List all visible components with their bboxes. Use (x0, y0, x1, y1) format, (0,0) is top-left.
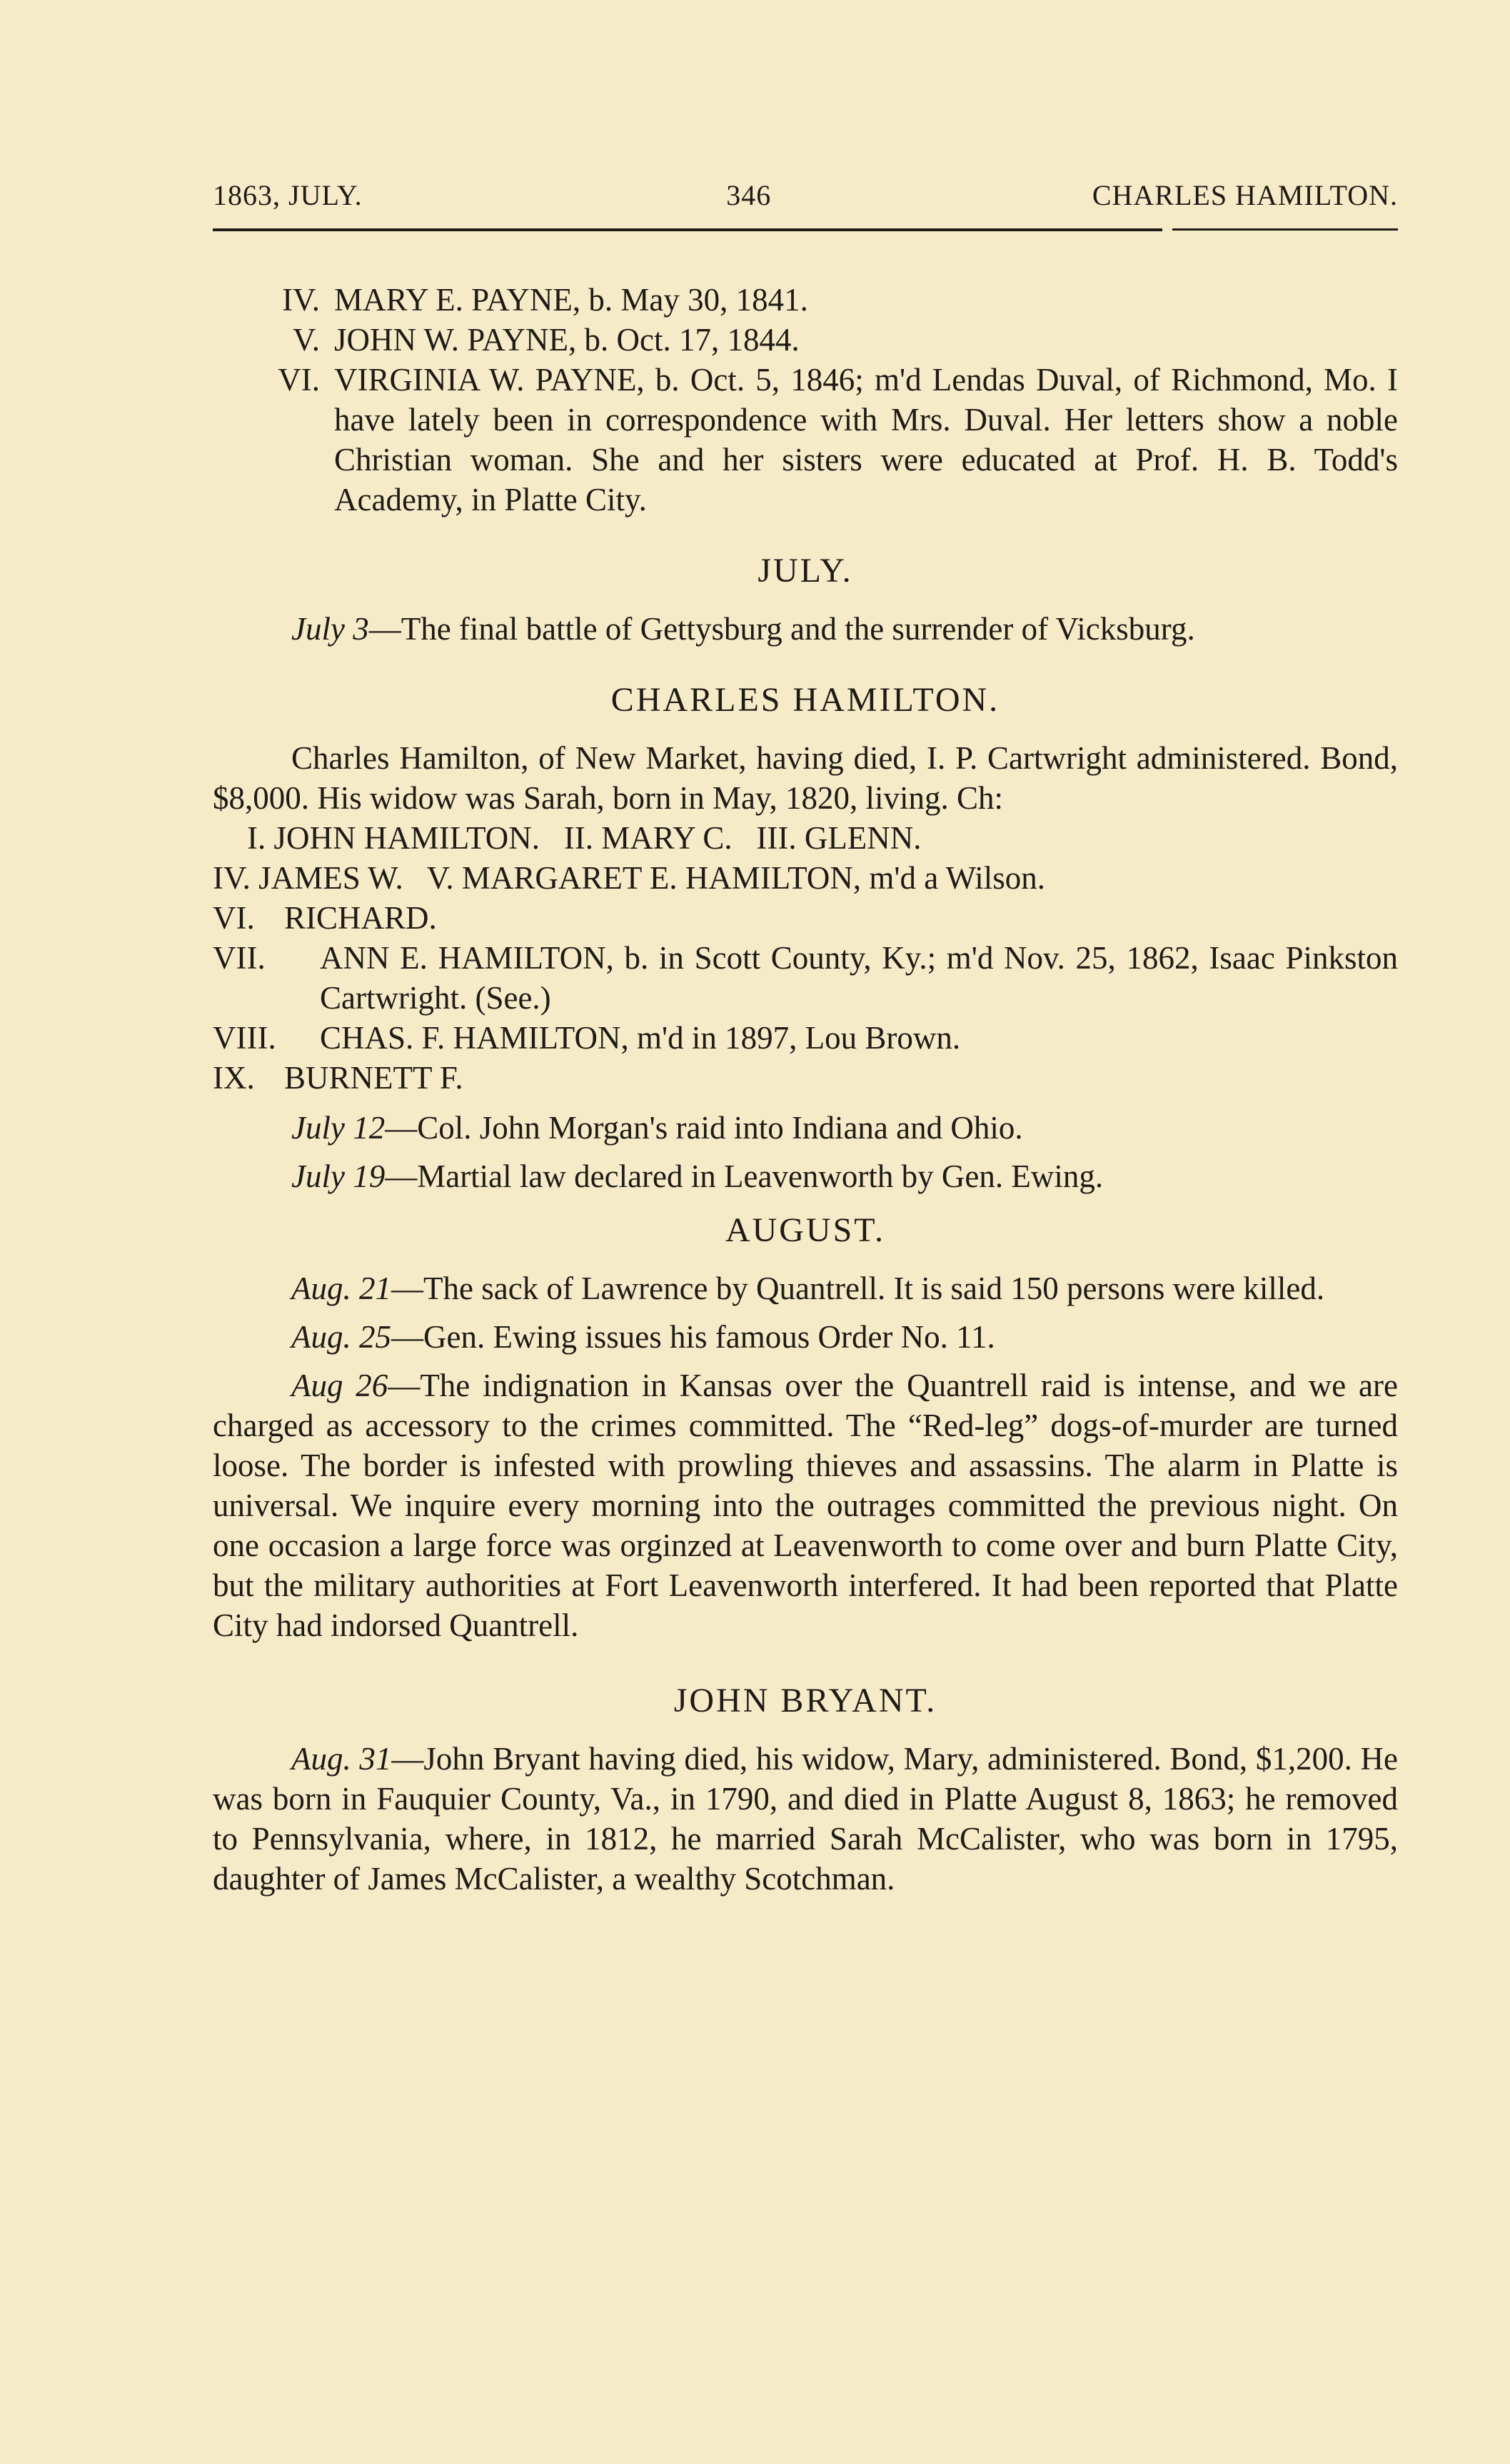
chronicle-entry: July 12—Col. John Morgan's raid into Ind… (213, 1108, 1398, 1148)
chronicle-entry: July 3—The final battle of Gettysburg an… (213, 609, 1398, 649)
children-line: I. JOHN HAMILTON. II. MARY C. III. GLENN… (213, 818, 1398, 858)
entry-text: BURNETT F. (284, 1060, 463, 1096)
roman-numeral: VI. (213, 360, 320, 400)
roman-numeral: VI. (213, 898, 255, 938)
roman-numeral: VIII. (213, 1018, 276, 1058)
entry-text: RICHARD. (284, 900, 437, 936)
list-item: V. JOHN W. PAYNE, b. Oct. 17, 1844. (213, 320, 1398, 360)
entry-text: VIRGINIA W. PAYNE, b. Oct. 5, 1846; m'd … (334, 362, 1398, 517)
estate-paragraph: Charles Hamilton, of New Market, having … (213, 738, 1398, 818)
book-page: 1863, JULY. 346 CHARLES HAMILTON. IV. MA… (213, 178, 1398, 1907)
running-head-date: 1863, JULY. (213, 178, 363, 212)
entry-date: July 12 (291, 1110, 385, 1146)
entry-date: Aug 26 (291, 1368, 388, 1403)
list-item: VIII. CHAS. F. HAMILTON, m'd in 1897, Lo… (213, 1018, 1398, 1058)
roman-numeral: VII. (213, 938, 266, 978)
entry-text: JOHN W. PAYNE, b. Oct. 17, 1844. (334, 322, 800, 358)
list-item: IV. MARY E. PAYNE, b. May 30, 1841. (213, 280, 1398, 320)
roman-numeral: IV. (213, 280, 320, 320)
section-heading-july: JULY. (213, 551, 1398, 590)
entry-text: —The final battle of Gettysburg and the … (369, 611, 1195, 647)
header-rule-long (213, 228, 1162, 233)
section-heading-john-bryant: JOHN BRYANT. (213, 1681, 1398, 1720)
chronicle-entry: Aug. 31—John Bryant having died, his wid… (213, 1739, 1398, 1899)
chronicle-entry: Aug. 25—Gen. Ewing issues his famous Ord… (213, 1317, 1398, 1357)
list-item: VI. RICHARD. (213, 898, 1398, 938)
entry-text: ANN E. HAMILTON, b. in Scott County, Ky.… (320, 940, 1398, 1016)
header-rule-short (1172, 228, 1398, 233)
chronicle-entry: Aug. 21—The sack of Lawrence by Quantrel… (213, 1268, 1398, 1308)
entry-text: —The sack of Lawrence by Quantrell. It i… (391, 1271, 1324, 1306)
entry-date: July 3 (291, 611, 369, 647)
section-heading-charles-hamilton: CHARLES HAMILTON. (213, 680, 1398, 719)
section-heading-august: AUGUST. (213, 1211, 1398, 1250)
payne-children-list: IV. MARY E. PAYNE, b. May 30, 1841. V. J… (213, 280, 1398, 520)
children-line: IV. JAMES W. V. MARGARET E. HAMILTON, m'… (213, 858, 1398, 898)
entry-text: —Col. John Morgan's raid into Indiana an… (385, 1110, 1022, 1146)
chronicle-entry: Aug 26—The indignation in Kansas over th… (213, 1365, 1398, 1645)
list-item: VII. ANN E. HAMILTON, b. in Scott County… (213, 938, 1398, 1018)
chronicle-entry: July 19—Martial law declared in Leavenwo… (213, 1156, 1398, 1196)
entry-text: —Martial law declared in Leavenworth by … (385, 1158, 1103, 1194)
running-head: 1863, JULY. 346 CHARLES HAMILTON. (213, 178, 1398, 221)
entry-date: Aug. 25 (291, 1319, 391, 1355)
entry-date: Aug. 31 (291, 1741, 391, 1777)
header-rule (213, 228, 1398, 233)
entry-text: MARY E. PAYNE, b. May 30, 1841. (334, 282, 808, 318)
entry-date: Aug. 21 (291, 1271, 391, 1306)
roman-numeral: IX. (213, 1058, 255, 1098)
entry-text: —The indignation in Kansas over the Quan… (213, 1368, 1398, 1643)
entry-date: July 19 (291, 1158, 385, 1194)
list-item: VI. VIRGINIA W. PAYNE, b. Oct. 5, 1846; … (213, 360, 1398, 520)
entry-text: —Gen. Ewing issues his famous Order No. … (391, 1319, 995, 1355)
roman-numeral: V. (213, 320, 320, 360)
entry-text: CHAS. F. HAMILTON, m'd in 1897, Lou Brow… (320, 1020, 960, 1056)
running-head-title: CHARLES HAMILTON. (1092, 178, 1398, 212)
page-number: 346 (726, 178, 771, 212)
list-item: IX. BURNETT F. (213, 1058, 1398, 1098)
